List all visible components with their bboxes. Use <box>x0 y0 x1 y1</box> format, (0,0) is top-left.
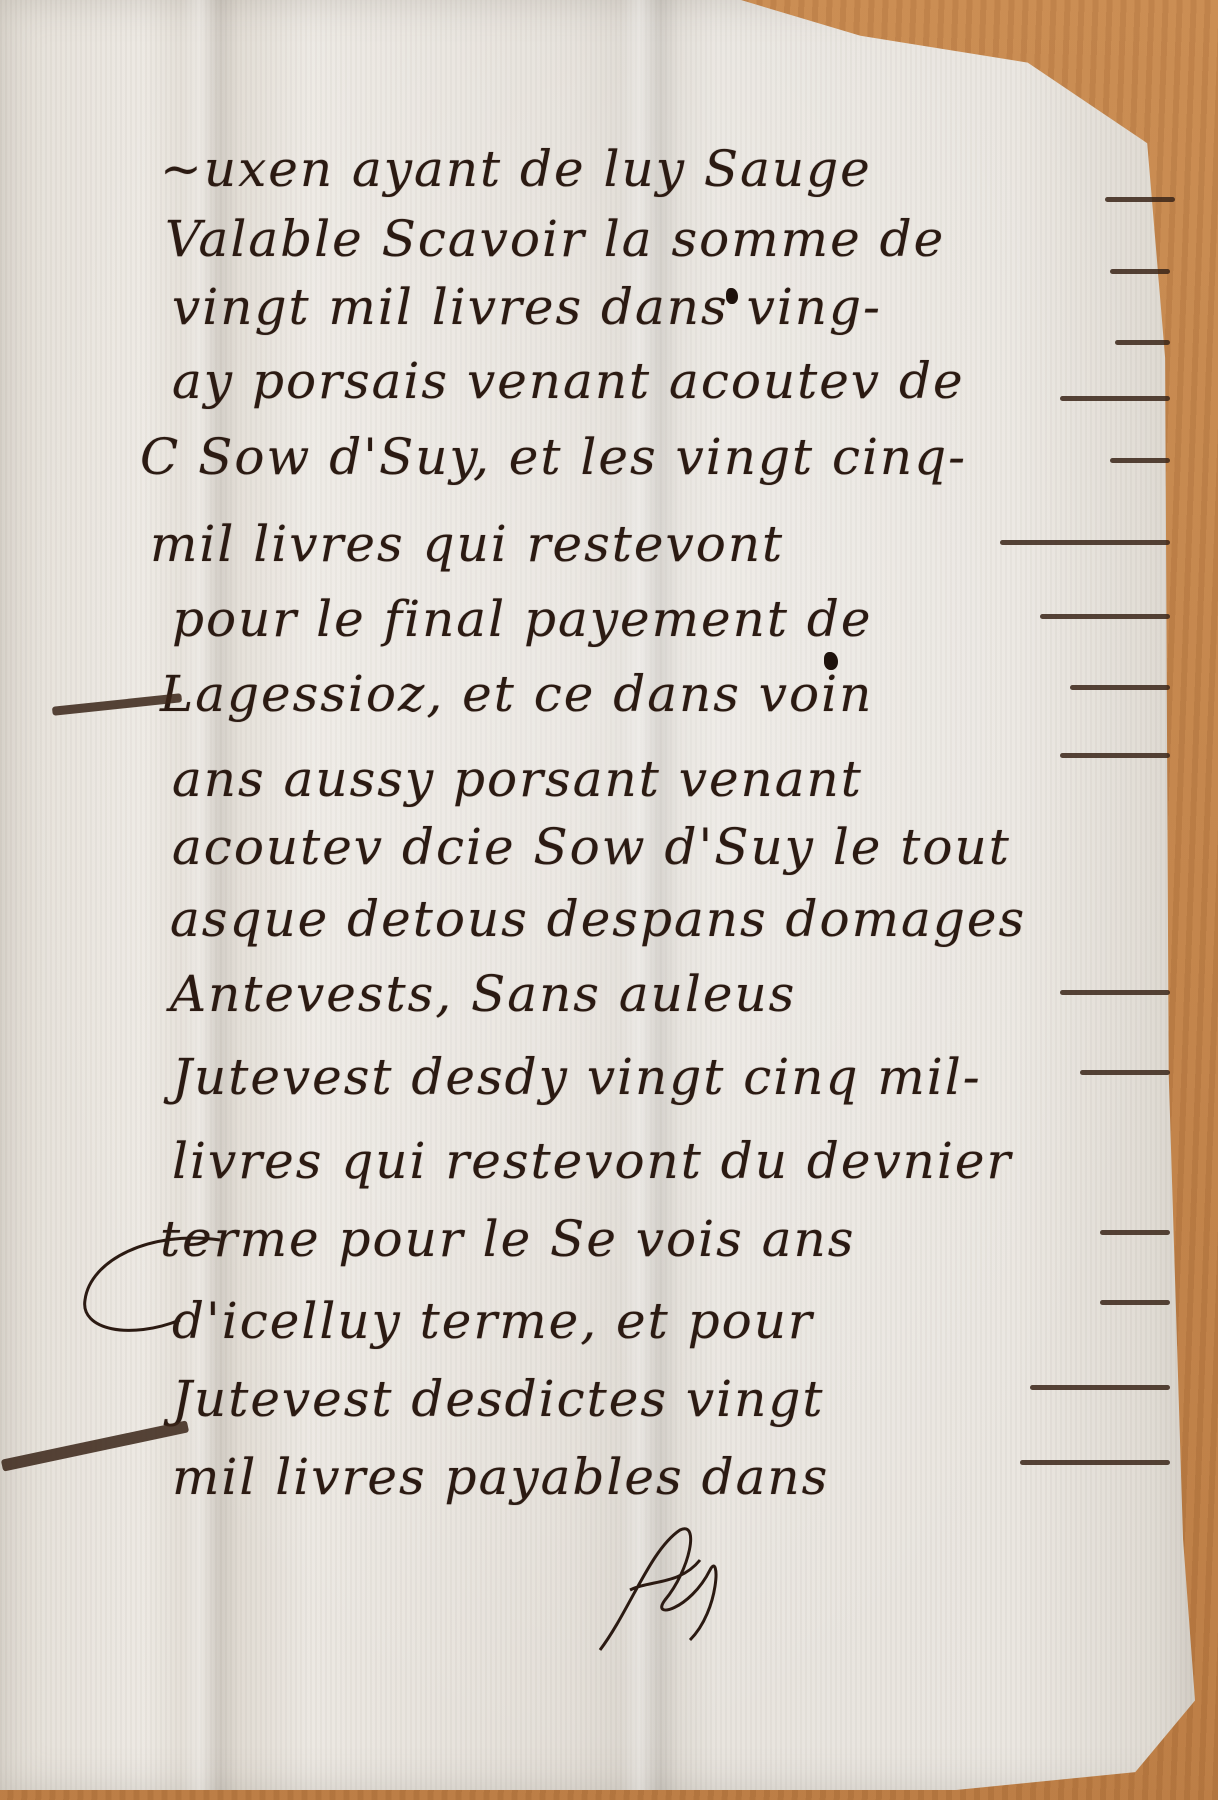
manuscript-line: Jutevest desdictes vingt <box>172 1370 824 1428</box>
line-filler-dash <box>1100 1230 1170 1235</box>
line-filler-dash <box>1060 990 1170 995</box>
line-filler-dash <box>1115 340 1170 345</box>
manuscript-line: terme pour le Se vois ans <box>160 1210 855 1268</box>
manuscript-line: vingt mil livres dans ving- <box>172 278 882 336</box>
ink-blot <box>824 652 838 670</box>
line-filler-dash <box>1000 540 1170 545</box>
manuscript-line: mil livres qui restevont <box>150 515 784 573</box>
line-filler-dash <box>1060 396 1170 401</box>
line-filler-dash <box>1040 614 1170 619</box>
line-filler-dash <box>1105 197 1175 202</box>
line-filler-dash <box>1080 1070 1170 1075</box>
line-filler-dash <box>1100 1300 1170 1305</box>
manuscript-line: livres qui restevont du devnier <box>172 1132 1012 1190</box>
paraph-flourish-icon <box>570 1490 750 1670</box>
line-filler-dash <box>1060 753 1170 758</box>
manuscript-line: ans aussy porsant venant <box>172 750 863 808</box>
manuscript-line: ~uxen ayant de luy Sauge <box>160 140 872 198</box>
manuscript-line: Valable Scavoir la somme de <box>165 210 945 268</box>
line-filler-dash <box>1070 685 1170 690</box>
manuscript-line: d'icelluy terme, et pour <box>172 1292 814 1350</box>
line-filler-dash <box>1030 1385 1170 1390</box>
manuscript-line: Jutevest desdy vingt cinq mil- <box>172 1048 982 1106</box>
manuscript-line: asque detous despans domages <box>170 890 1026 948</box>
line-filler-dash <box>1020 1460 1170 1465</box>
manuscript-line: ay porsais venant acoutev de <box>172 352 965 410</box>
line-filler-dash <box>1110 458 1170 463</box>
manuscript-text: ~uxen ayant de luy Sauge Valable Scavoir… <box>0 0 1218 1800</box>
manuscript-line: C Sow d'Suy, et les vingt cinq- <box>140 428 967 486</box>
manuscript-line: Antevests, Sans auleus <box>170 965 796 1023</box>
margin-stroke <box>1 1420 189 1471</box>
manuscript-line: acoutev dcie Sow d'Suy le tout <box>172 818 1011 876</box>
line-filler-dash <box>1110 269 1170 274</box>
manuscript-line: pour le final payement de <box>172 590 872 648</box>
ink-blot <box>726 288 738 304</box>
manuscript-line: Lagessioz, et ce dans voin <box>160 665 873 723</box>
capital-flourish-icon <box>70 1230 230 1350</box>
